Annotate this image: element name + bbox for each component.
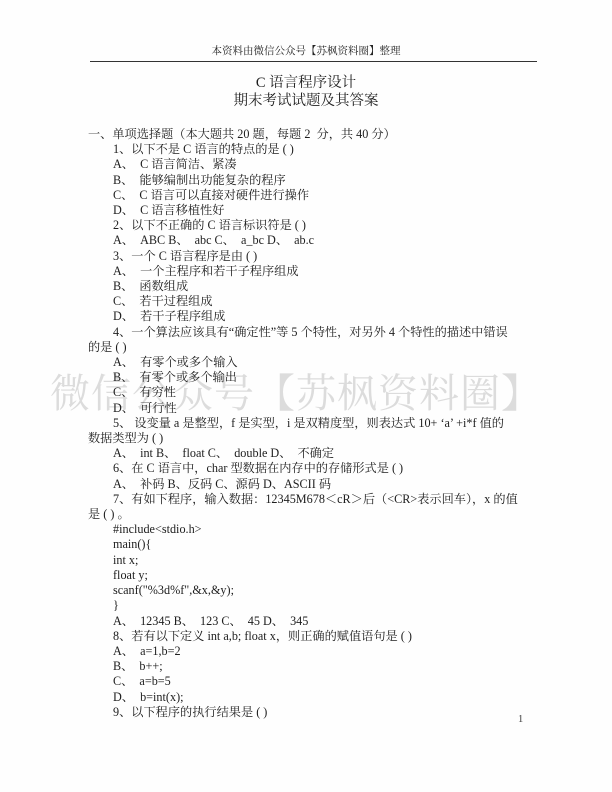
document-line: D、 b=int(x); [88,690,558,705]
document-line: C、 C 语言可以直接对硬件进行操作 [88,188,558,203]
document-page: 微信公众号【苏枫资料圈】 本资料由微信公众号【苏枫资料圈】整理 C 语言程序设计… [0,0,612,792]
document-line: 5、 设变量 a 是整型，f 是实型，i 是双精度型，则表达式 10+ ‘a’ … [88,416,558,431]
document-line: A、 补码 B、反码 C、源码 D、ASCII 码 [88,477,558,492]
document-title: C 语言程序设计 [0,75,612,93]
document-line: 4、一个算法应该具有“确定性”等 5 个特性，对另外 4 个特性的描述中错误 [88,325,558,340]
document-line: 6、在 C 语言中，char 型数据在内存中的存储形式是 ( ) [88,461,558,476]
document-subtitle: 期末考试试题及其答案 [0,93,612,111]
document-line: A、 a=1,b=2 [88,644,558,659]
document-line: 1、以下不是 C 语言的特点的是 ( ) [88,142,558,157]
document-line: D、 若干子程序组成 [88,309,558,324]
document-line: 是 ( ) 。 [88,507,558,522]
document-line: D、 C 语言移植性好 [88,203,558,218]
header-note: 本资料由微信公众号【苏枫资料圈】整理 [0,43,612,58]
page-number: 1 [518,714,523,725]
document-line: A、 有零个或多个输入 [88,355,558,370]
document-line: 8、若有以下定义 int a,b; float x，则正确的赋值语句是 ( ) [88,629,558,644]
document-line: B、 能够编制出功能复杂的程序 [88,173,558,188]
document-line: A、 int B、 float C、 double D、 不确定 [88,446,558,461]
document-line: A、 12345 B、 123 C、 45 D、 345 [88,614,558,629]
document-line: #include<stdio.h> [88,522,558,537]
document-line: A、 一个主程序和若干子程序组成 [88,264,558,279]
title-block: C 语言程序设计 期末考试试题及其答案 [0,75,612,110]
document-line: C、 有穷性 [88,385,558,400]
document-line: 3、一个 C 语言程序是由 ( ) [88,249,558,264]
document-line: } [88,598,558,613]
document-line: scanf("%3d%f",&x,&y); [88,583,558,598]
header-divider [90,61,537,62]
document-line: A、 ABC B、 abc C、 a_bc D、 ab.c [88,233,558,248]
document-line: B、 有零个或多个输出 [88,370,558,385]
document-line: A、 C 语言简洁、紧凑 [88,157,558,172]
document-line: D、 可行性 [88,401,558,416]
document-line: C、 若干过程组成 [88,294,558,309]
document-body: 一、单项选择题（本大题共 20 题，每题 2 分，共 40 分）1、以下不是 C… [88,127,558,720]
document-line: int x; [88,553,558,568]
document-line: 的是 ( ) [88,340,558,355]
document-line: C、 a=b=5 [88,674,558,689]
document-line: 9、以下程序的执行结果是 ( ) [88,705,558,720]
document-line: 数据类型为 ( ) [88,431,558,446]
document-line: float y; [88,568,558,583]
document-line: B、 b++; [88,659,558,674]
document-line: 2、以下不正确的 C 语言标识符是 ( ) [88,218,558,233]
document-line: 一、单项选择题（本大题共 20 题，每题 2 分，共 40 分） [88,127,558,142]
document-line: B、 函数组成 [88,279,558,294]
document-line: main(){ [88,537,558,552]
document-line: 7、有如下程序，输入数据：12345M678＜cR＞后（<CR>表示回车），x … [88,492,558,507]
